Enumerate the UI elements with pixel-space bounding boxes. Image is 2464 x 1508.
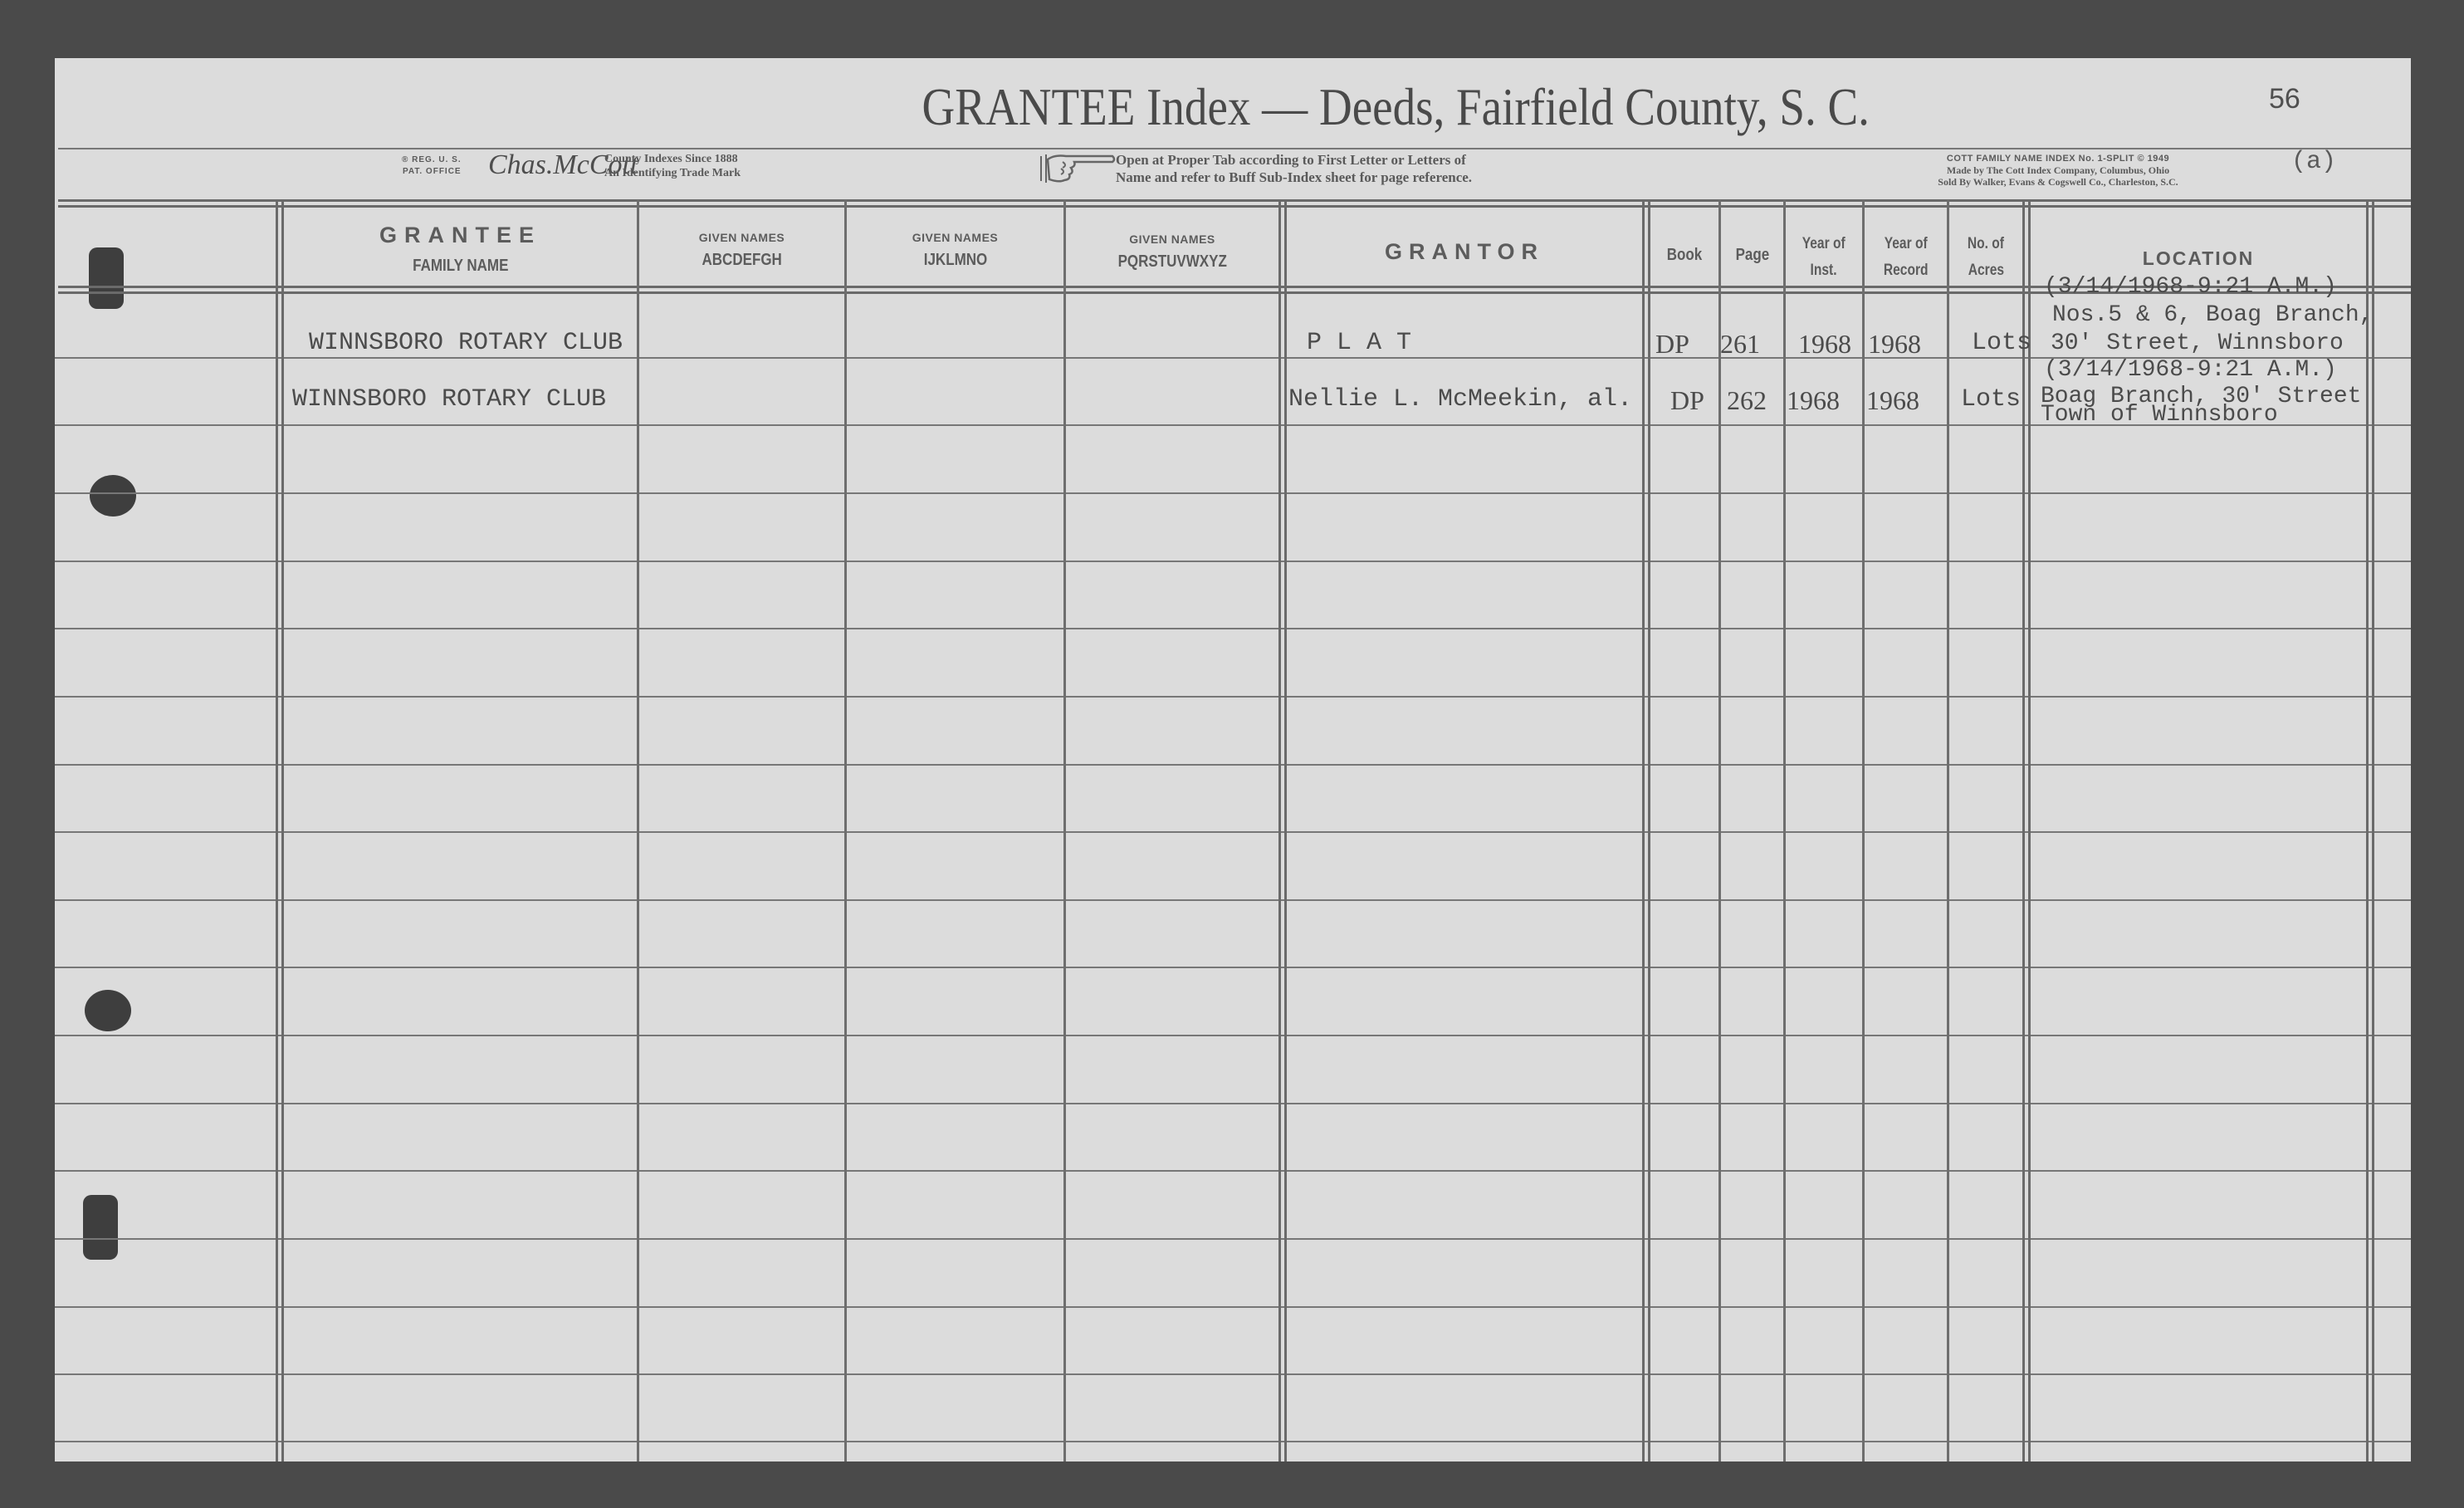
reg-line1: ® REG. U. S.: [402, 154, 462, 166]
page-number: 56: [2269, 83, 2300, 115]
given1-title: GIVEN NAMES: [639, 231, 844, 244]
acres: Lots: [1961, 385, 2021, 414]
grantor-name: Nellie L. McMeekin, al.: [1288, 385, 1632, 414]
instructions-line1: Open at Proper Tab according to First Le…: [1116, 151, 1472, 169]
location-stamp: (3/14/1968-9:21 A.M.): [2044, 274, 2337, 300]
location-line2: Town of Winnsboro: [2041, 402, 2278, 428]
publisher-line2: Made by The Cott Index Company, Columbus…: [1865, 164, 2251, 176]
trademark-line2: An Identifying Trade Mark: [604, 166, 741, 180]
binder-hole-upper: [90, 475, 136, 517]
acres-line1: No. of: [1968, 231, 2004, 257]
location-title: LOCATION: [2031, 247, 2366, 270]
given2-subtitle: IJKLMNO: [923, 251, 987, 270]
pointing-hand-icon: [1038, 149, 1117, 186]
year-inst: 1968: [1798, 329, 1851, 360]
binder-slot-bottom: [83, 1195, 118, 1260]
year-inst: 1968: [1787, 385, 1840, 416]
col-header-given-abcdefgh: GIVEN NAMES ABCDEFGH: [639, 231, 844, 270]
year-inst-line2: Inst.: [1811, 257, 1837, 284]
col-header-year-record: Year of Record: [1865, 231, 1947, 284]
binder-slot-top: [89, 247, 124, 309]
page-suffix: (a): [2291, 148, 2336, 176]
grantee-name: WINNSBORO ROTARY CLUB: [292, 385, 606, 414]
instructions-line2: Name and refer to Buff Sub-Index sheet f…: [1116, 169, 1472, 186]
given3-subtitle: PQRSTUVWXYZ: [1117, 252, 1226, 272]
grantor-name: P L A T: [1307, 329, 1411, 357]
grantor-title: GRANTOR: [1287, 239, 1642, 265]
year-inst-line1: Year of: [1802, 231, 1846, 257]
book: DP: [1655, 329, 1689, 360]
page-title: GRANTEE Index — Deeds, Fairfield County,…: [922, 76, 1743, 138]
col-header-location: LOCATION: [2031, 247, 2366, 270]
book: DP: [1670, 385, 1704, 416]
title-separator: [58, 148, 2411, 149]
trademark-line1: County Indexes Since 1888: [604, 152, 741, 166]
page-title-col: Page: [1735, 246, 1769, 265]
location-line2: 30' Street, Winnsboro: [2051, 330, 2344, 356]
acres-line2: Acres: [1968, 257, 2003, 284]
col-header-grantee: GRANTEE FAMILY NAME: [284, 223, 637, 276]
given2-title: GIVEN NAMES: [847, 231, 1063, 244]
location-line1: Nos.5 & 6, Boag Branch,: [2052, 302, 2373, 328]
binder-hole-lower: [85, 990, 131, 1031]
instructions-text: Open at Proper Tab according to First Le…: [1116, 151, 1472, 186]
trademark-text: County Indexes Since 1888 An Identifying…: [604, 152, 741, 180]
year-record-line1: Year of: [1885, 231, 1928, 257]
col-header-given-ijklmno: GIVEN NAMES IJKLMNO: [847, 231, 1063, 270]
publisher-info: COTT FAMILY NAME INDEX No. 1-SPLIT © 194…: [1865, 153, 2251, 188]
col-header-acres: No. of Acres: [1949, 231, 2022, 284]
grantee-subtitle: FAMILY NAME: [413, 257, 508, 276]
year-record-line2: Record: [1884, 257, 1929, 284]
publisher-line1: COTT FAMILY NAME INDEX No. 1-SPLIT © 194…: [1865, 153, 2251, 164]
page: 261: [1720, 329, 1760, 360]
reg-mark: ® REG. U. S. PAT. OFFICE: [402, 154, 462, 178]
year-record: 1968: [1866, 385, 1919, 416]
col-header-page: Page: [1721, 246, 1783, 265]
publisher-line3: Sold By Walker, Evans & Cogswell Co., Ch…: [1865, 176, 2251, 188]
col-header-year-inst: Year of Inst.: [1786, 231, 1862, 284]
grantee-title: GRANTEE: [284, 223, 637, 248]
book-title: Book: [1667, 246, 1703, 265]
given1-subtitle: ABCDEFGH: [702, 251, 781, 270]
location-stamp: (3/14/1968-9:21 A.M.): [2044, 357, 2337, 383]
col-header-book: Book: [1650, 246, 1718, 265]
reg-line2: PAT. OFFICE: [402, 166, 462, 178]
page: 262: [1727, 385, 1767, 416]
col-header-grantor: GRANTOR: [1287, 239, 1642, 265]
grantee-name: WINNSBORO ROTARY CLUB: [309, 329, 623, 357]
col-header-given-pqrstuvwxyz: GIVEN NAMES PQRSTUVWXYZ: [1066, 233, 1278, 272]
table-top-rule: [58, 199, 2411, 208]
given3-title: GIVEN NAMES: [1066, 233, 1278, 246]
acres: Lots: [1972, 329, 2031, 357]
year-record: 1968: [1868, 329, 1921, 360]
